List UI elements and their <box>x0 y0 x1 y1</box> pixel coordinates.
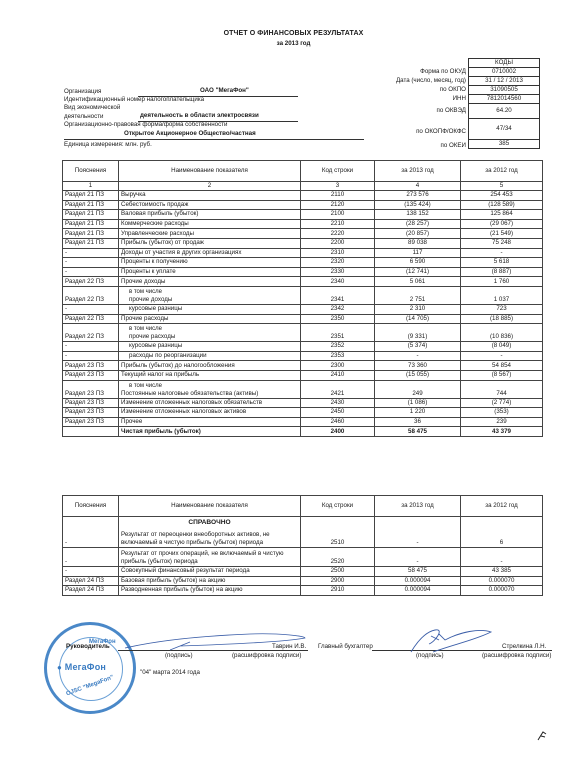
row-code: 2421 <box>301 380 375 398</box>
code-value: 31090505 <box>469 86 540 95</box>
row-code: 2400 <box>301 427 375 437</box>
row-value-2013: 89 038 <box>375 238 461 248</box>
table-row: Раздел 21 ПЗКоммерческие расходы2210(28 … <box>63 219 543 229</box>
row-value-2012: (8 567) <box>461 370 543 380</box>
header-notes: Пояснения <box>63 161 119 182</box>
row-note: Раздел 22 ПЗ <box>63 286 119 304</box>
header-2012: за 2012 год <box>461 161 543 182</box>
row-code: 2200 <box>301 238 375 248</box>
header-notes: Пояснения <box>63 496 119 517</box>
table-row: Раздел 21 ПЗУправленческие расходы2220(2… <box>63 229 543 239</box>
accountant-signature-caption: (подпись) <box>416 652 444 659</box>
row-code: 2410 <box>301 370 375 380</box>
codes-labels: Форма по ОКУД Дата (число, месяц, год) п… <box>350 58 466 150</box>
row-code: 2342 <box>301 304 375 314</box>
table-row: Раздел 24 ПЗРазводненная прибыль (убыток… <box>63 586 543 596</box>
row-value-2013: 0.000094 <box>375 576 461 586</box>
table-row: -Совокупный финансовый результат периода… <box>63 567 543 577</box>
row-indicator: Прочее <box>119 417 301 427</box>
row-value-2012: 254 453 <box>461 191 543 201</box>
code-label: по ОКОПФ/ОКФС <box>350 124 466 139</box>
index-cell: 1 <box>63 182 119 191</box>
row-value-2012: 43 379 <box>461 427 543 437</box>
row-note: Раздел 21 ПЗ <box>63 238 119 248</box>
row-note: Раздел 23 ПЗ <box>63 370 119 380</box>
row-indicator: Валовая прибыль (убыток) <box>119 210 301 220</box>
table-row: -СПРАВОЧНОРезультат от переоценки внеобо… <box>63 517 543 548</box>
row-value-2012: (353) <box>461 408 543 418</box>
row-note: Раздел 24 ПЗ <box>63 576 119 586</box>
row-value-2013: 1 220 <box>375 408 461 418</box>
row-code: 2500 <box>301 567 375 577</box>
row-value-2012: (29 067) <box>461 219 543 229</box>
table-row: -Проценты к получению23206 5905 618 <box>63 258 543 268</box>
row-indicator: Прибыль (убыток) от продаж <box>119 238 301 248</box>
section-heading: СПРАВОЧНО <box>121 519 298 527</box>
header-2012: за 2012 год <box>461 496 543 517</box>
table-row: -Проценты к уплате2330(12 741)(8 887) <box>63 267 543 277</box>
row-code: 2350 <box>301 314 375 324</box>
row-indicator: Текущий налог на прибыль <box>119 370 301 380</box>
row-value-2012: 43 385 <box>461 567 543 577</box>
row-value-2013: 2 751 <box>375 286 461 304</box>
row-indicator: в том числеПостоянные налоговые обязател… <box>119 380 301 398</box>
row-value-2012: (21 549) <box>461 229 543 239</box>
code-value: 31 / 12 / 2013 <box>469 77 540 86</box>
index-cell: 4 <box>375 182 461 191</box>
table-row: Раздел 21 ПЗВыручка2110273 576254 453 <box>63 191 543 201</box>
row-subheading: в том числе <box>121 382 298 390</box>
table-row: Раздел 23 ПЗв том числеПостоянные налого… <box>63 380 543 398</box>
header-indicator: Наименование показателя <box>119 161 301 182</box>
row-value-2013: (14 705) <box>375 314 461 324</box>
index-cell: 2 <box>119 182 301 191</box>
pen-mark-icon <box>535 728 549 744</box>
index-cell: 5 <box>461 182 543 191</box>
row-note: - <box>63 548 119 567</box>
row-indicator: Коммерческие расходы <box>119 219 301 229</box>
table-row: Раздел 22 ПЗв том числепрочие доходы2341… <box>63 286 543 304</box>
row-indicator: Совокупный финансовый результат периода <box>119 567 301 577</box>
row-value-2012: 723 <box>461 304 543 314</box>
row-value-2013: (5 374) <box>375 342 461 352</box>
row-note: Раздел 24 ПЗ <box>63 586 119 596</box>
row-subheading: в том числе <box>129 325 298 333</box>
row-value-2012: (10 836) <box>461 324 543 342</box>
row-value-2013: 5 061 <box>375 277 461 287</box>
header-code: Код строки <box>301 161 375 182</box>
row-indicator: Себестоимость продаж <box>119 200 301 210</box>
row-value-2012: (8 887) <box>461 267 543 277</box>
row-value-2012: (128 589) <box>461 200 543 210</box>
row-indicator: курсовые разницы <box>119 342 301 352</box>
row-note: Раздел 22 ПЗ <box>63 277 119 287</box>
row-note: - <box>63 567 119 577</box>
row-code: 2110 <box>301 191 375 201</box>
table-row: Раздел 23 ПЗИзменение отложенных налогов… <box>63 408 543 418</box>
table-row: Раздел 22 ПЗПрочие доходы23405 0611 760 <box>63 277 543 287</box>
row-code: 2100 <box>301 210 375 220</box>
row-value-2013: - <box>375 517 461 548</box>
row-indicator: Доходы от участия в других организациях <box>119 248 301 258</box>
row-value-2012: 239 <box>461 417 543 427</box>
row-indicator: расходы по реорганизации <box>119 351 301 361</box>
row-value-2013: 58 475 <box>375 567 461 577</box>
row-code: 2351 <box>301 324 375 342</box>
row-value-2012: 0.000070 <box>461 586 543 596</box>
row-code: 2352 <box>301 342 375 352</box>
row-value-2012: 75 248 <box>461 238 543 248</box>
row-value-2012: 125 864 <box>461 210 543 220</box>
row-code: 2220 <box>301 229 375 239</box>
row-note <box>63 427 119 437</box>
table-row: Раздел 21 ПЗПрибыль (убыток) от продаж22… <box>63 238 543 248</box>
index-cell: 3 <box>301 182 375 191</box>
chief-accountant-name: Стрелкина Л.Н. <box>502 643 546 650</box>
row-code: 2353 <box>301 351 375 361</box>
row-value-2012: 1 760 <box>461 277 543 287</box>
row-value-2013: (20 857) <box>375 229 461 239</box>
row-value-2012: - <box>461 248 543 258</box>
code-value: 64.20 <box>469 104 540 119</box>
head-name: Таврин И.В. <box>272 643 306 650</box>
row-note: Раздел 23 ПЗ <box>63 380 119 398</box>
row-indicator: Результат от прочих операций, не включае… <box>119 548 301 567</box>
row-indicator: в том числепрочие расходы <box>119 324 301 342</box>
row-subheading: в том числе <box>129 288 298 296</box>
row-indicator: Прибыль (убыток) до налогообложения <box>119 361 301 371</box>
head-signature-caption: (подпись) <box>165 652 193 659</box>
row-code: 2340 <box>301 277 375 287</box>
unit-label: Единица измерения: млн. руб. <box>64 141 152 148</box>
row-value-2013: 58 475 <box>375 427 461 437</box>
org-label: Организация <box>64 88 101 95</box>
code-label: по ОКВЭД <box>350 103 466 118</box>
table-row: Раздел 21 ПЗСебестоимость продаж2120(135… <box>63 200 543 210</box>
row-indicator: Прочие расходы <box>119 314 301 324</box>
row-indicator: Проценты к уплате <box>119 267 301 277</box>
row-value-2013: 2 310 <box>375 304 461 314</box>
accountant-decoding-caption: (расшифровка подписи) <box>482 652 551 659</box>
table-row: -Доходы от участия в других организациях… <box>63 248 543 258</box>
row-note: - <box>63 258 119 268</box>
row-value-2013: 0.000094 <box>375 586 461 596</box>
table-row: Раздел 23 ПЗИзменение отложенных налогов… <box>63 398 543 408</box>
row-indicator: Управленческие расходы <box>119 229 301 239</box>
row-note: - <box>63 304 119 314</box>
row-code: 2510 <box>301 517 375 548</box>
row-indicator: Базовая прибыль (убыток) на акцию <box>119 576 301 586</box>
legal-form-value: Открытое Акционерное Общество/частная <box>124 130 256 137</box>
legal-form-label: Организационно-правовая форма/форма собс… <box>64 121 227 128</box>
row-value-2013: 138 152 <box>375 210 461 220</box>
row-note: Раздел 21 ПЗ <box>63 219 119 229</box>
row-value-2012: - <box>461 351 543 361</box>
row-code: 2900 <box>301 576 375 586</box>
head-label: Руководитель <box>66 643 110 650</box>
code-value: 7812014560 <box>469 95 540 104</box>
row-note: - <box>63 267 119 277</box>
row-indicator: СПРАВОЧНОРезультат от переоценки внеобор… <box>119 517 301 548</box>
code-value: 47/34 <box>469 119 540 140</box>
row-note: Раздел 21 ПЗ <box>63 191 119 201</box>
code-label: ИНН <box>350 94 466 103</box>
row-value-2013: (15 055) <box>375 370 461 380</box>
row-note: - <box>63 517 119 548</box>
head-signature-icon <box>120 628 310 654</box>
row-indicator: Разводненная прибыль (убыток) на акцию <box>119 586 301 596</box>
table-row: -расходы по реорганизации2353-- <box>63 351 543 361</box>
row-note: Раздел 23 ПЗ <box>63 417 119 427</box>
table-row: Раздел 21 ПЗВаловая прибыль (убыток)2100… <box>63 210 543 220</box>
table-row: -курсовые разницы2352(5 374)(8 049) <box>63 342 543 352</box>
table-row: -Результат от прочих операций, не включа… <box>63 548 543 567</box>
row-code: 2320 <box>301 258 375 268</box>
table-row: Раздел 24 ПЗБазовая прибыль (убыток) на … <box>63 576 543 586</box>
row-note: Раздел 23 ПЗ <box>63 408 119 418</box>
table-row: Раздел 22 ПЗв том числепрочие расходы235… <box>63 324 543 342</box>
row-indicator: Изменение отложенных налоговых активов <box>119 408 301 418</box>
row-value-2012: (18 885) <box>461 314 543 324</box>
code-label: Форма по ОКУД <box>350 67 466 76</box>
row-indicator: в том числепрочие доходы <box>119 286 301 304</box>
header-indicator: Наименование показателя <box>119 496 301 517</box>
row-note: - <box>63 248 119 258</box>
row-code: 2310 <box>301 248 375 258</box>
row-indicator: Проценты к получению <box>119 258 301 268</box>
row-value-2013: 6 590 <box>375 258 461 268</box>
row-indicator: Выручка <box>119 191 301 201</box>
row-value-2012: 1 037 <box>461 286 543 304</box>
report-period: за 2013 год <box>0 40 587 47</box>
row-value-2013: 73 360 <box>375 361 461 371</box>
row-code: 2450 <box>301 408 375 418</box>
codes-header: КОДЫ <box>469 59 540 68</box>
financial-results-table: Пояснения Наименование показателя Код ст… <box>62 160 543 437</box>
row-value-2012: (8 049) <box>461 342 543 352</box>
row-code: 2430 <box>301 398 375 408</box>
row-value-2013: 249 <box>375 380 461 398</box>
code-value: 0710002 <box>469 68 540 77</box>
row-code: 2910 <box>301 586 375 596</box>
signing-date: "04" марта 2014 года <box>140 669 200 676</box>
row-code: 2210 <box>301 219 375 229</box>
table-row: Раздел 23 ПЗПрочее246036239 <box>63 417 543 427</box>
row-note: Раздел 22 ПЗ <box>63 324 119 342</box>
row-value-2012: 0.000070 <box>461 576 543 586</box>
header-2013: за 2013 год <box>375 161 461 182</box>
row-value-2013: - <box>375 548 461 567</box>
row-value-2013: (28 257) <box>375 219 461 229</box>
chief-accountant-label: Главный бухгалтер <box>318 643 373 650</box>
row-note: Раздел 21 ПЗ <box>63 210 119 220</box>
row-value-2013: (9 331) <box>375 324 461 342</box>
code-label: по ОКПО <box>350 85 466 94</box>
table-row: -курсовые разницы23422 310723 <box>63 304 543 314</box>
row-value-2013: (135 424) <box>375 200 461 210</box>
row-note: - <box>63 351 119 361</box>
row-code: 2300 <box>301 361 375 371</box>
row-indicator: Изменение отложенных налоговых обязатель… <box>119 398 301 408</box>
row-value-2012: 5 618 <box>461 258 543 268</box>
row-indicator: Чистая прибыль (убыток) <box>119 427 301 437</box>
head-decoding-caption: (расшифровка подписи) <box>232 652 301 659</box>
code-label: по ОКЕИ <box>350 141 466 150</box>
row-value-2013: 117 <box>375 248 461 258</box>
row-value-2012: 744 <box>461 380 543 398</box>
row-code: 2341 <box>301 286 375 304</box>
activity-label-2: деятельности <box>64 113 103 120</box>
table-row: Раздел 23 ПЗПрибыль (убыток) до налогооб… <box>63 361 543 371</box>
row-value-2012: (2 774) <box>461 398 543 408</box>
activity-label: Вид экономической <box>64 104 120 111</box>
org-name: ОАО "МегаФон" <box>200 87 249 94</box>
header-code: Код строки <box>301 496 375 517</box>
code-value: 385 <box>469 140 540 149</box>
row-value-2012: 54 854 <box>461 361 543 371</box>
row-note: Раздел 21 ПЗ <box>63 200 119 210</box>
table-row: Раздел 23 ПЗТекущий налог на прибыль2410… <box>63 370 543 380</box>
table-row: Раздел 22 ПЗПрочие расходы2350(14 705)(1… <box>63 314 543 324</box>
row-note: Раздел 23 ПЗ <box>63 361 119 371</box>
activity-value: деятельность в области электросвязи <box>140 112 259 119</box>
row-value-2013: 273 576 <box>375 191 461 201</box>
codes-box: КОДЫ 0710002 31 / 12 / 2013 31090505 781… <box>468 58 540 149</box>
row-code: 2330 <box>301 267 375 277</box>
row-note: - <box>63 342 119 352</box>
table-row: Чистая прибыль (убыток)240058 47543 379 <box>63 427 543 437</box>
reference-table: Пояснения Наименование показателя Код ст… <box>62 495 543 596</box>
row-value-2012: 6 <box>461 517 543 548</box>
row-value-2013: (1 086) <box>375 398 461 408</box>
inn-label: Идентификационный номер налогоплательщик… <box>64 96 204 103</box>
row-code: 2120 <box>301 200 375 210</box>
row-value-2012: - <box>461 548 543 567</box>
row-code: 2460 <box>301 417 375 427</box>
row-note: Раздел 22 ПЗ <box>63 314 119 324</box>
row-code: 2520 <box>301 548 375 567</box>
row-note: Раздел 23 ПЗ <box>63 398 119 408</box>
report-title: ОТЧЕТ О ФИНАНСОВЫХ РЕЗУЛЬТАТАХ <box>0 30 587 37</box>
row-note: Раздел 21 ПЗ <box>63 229 119 239</box>
row-value-2013: - <box>375 351 461 361</box>
code-label: Дата (число, месяц, год) <box>350 76 466 85</box>
row-indicator: курсовые разницы <box>119 304 301 314</box>
header-2013: за 2013 год <box>375 496 461 517</box>
row-value-2013: 36 <box>375 417 461 427</box>
megafon-logo-icon: ● МегаФон <box>57 662 106 672</box>
row-indicator: Прочие доходы <box>119 277 301 287</box>
row-value-2013: (12 741) <box>375 267 461 277</box>
